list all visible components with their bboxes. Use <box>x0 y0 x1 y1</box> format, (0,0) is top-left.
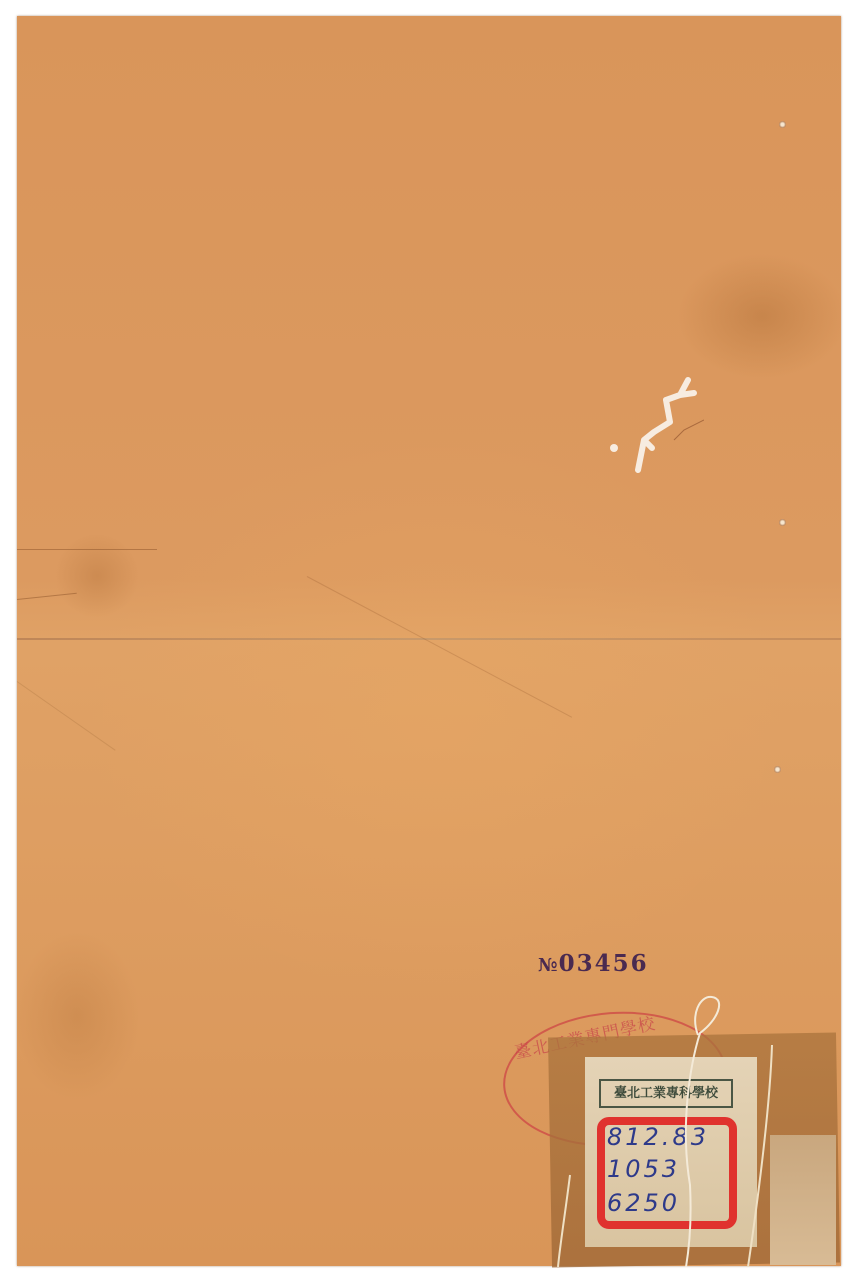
library-label: 臺北工業專科學校 812.83 1053 6250 <box>585 1057 757 1247</box>
binding-hole <box>779 519 786 526</box>
crease <box>17 681 116 751</box>
horizontal-fold-line <box>17 638 841 640</box>
serial-prefix: № <box>538 955 557 976</box>
call-number-line: 1053 <box>607 1155 680 1183</box>
serial-value: 03456 <box>559 950 649 977</box>
paper-tear-mark <box>594 360 704 480</box>
call-number-line: 6250 <box>607 1189 680 1217</box>
binding-hole <box>774 766 781 773</box>
binding-hole <box>779 121 786 128</box>
crease <box>17 593 77 600</box>
label-header: 臺北工業專科學校 <box>599 1079 733 1108</box>
torn-paper-piece <box>770 1135 836 1265</box>
crease <box>307 576 572 718</box>
serial-number-stamp: №03456 <box>538 950 649 977</box>
call-number-line: 812.83 <box>607 1123 709 1151</box>
crease <box>17 549 157 550</box>
